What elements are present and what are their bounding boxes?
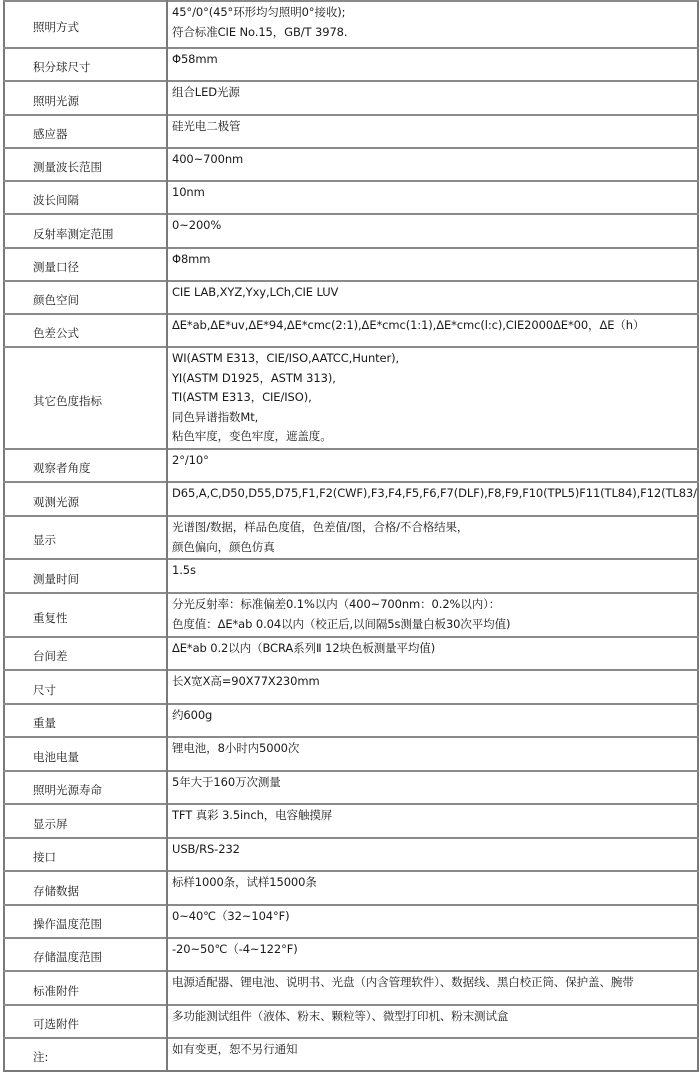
- spec-row: 积分球尺寸 Φ58mm: [4, 48, 698, 81]
- spec-label: 测量时间: [4, 559, 167, 593]
- spec-value-line: 10nm: [172, 183, 697, 202]
- spec-row: 电池电量 锂电池，8小时内5000次: [4, 737, 698, 771]
- spec-value: 如有变更，恕不另行通知: [167, 1038, 698, 1071]
- spec-row: 尺寸 长X宽X高=90X77X230mm: [4, 670, 698, 704]
- spec-label: 照明方式: [4, 1, 167, 48]
- spec-value: ΔE*ab 0.2以内（BCRA系列Ⅱ 12块色板测量平均值): [167, 637, 698, 670]
- spec-label: 电池电量: [4, 737, 167, 771]
- spec-value-line: 锂电池，8小时内5000次: [172, 739, 697, 758]
- spec-value-line: 分光反射率：标准偏差0.1%以内（400~700nm：0.2%以内）：: [172, 595, 697, 615]
- spec-value-line: 5年大于160万次测量: [172, 773, 697, 792]
- spec-label: 照明光源寿命: [4, 771, 167, 804]
- spec-label: 观察者角度: [4, 449, 167, 482]
- spec-value-line: WI(ASTM E313，CIE/ISO,AATCC,Hunter),: [172, 349, 697, 369]
- spec-value: Φ8mm: [167, 248, 698, 281]
- spec-value-line: USB/RS-232: [172, 840, 697, 859]
- spec-label: 重复性: [4, 593, 167, 637]
- spec-value-line: 粘色牢度，变色牢度，遮盖度。: [172, 427, 697, 447]
- spec-label: 重量: [4, 704, 167, 737]
- spec-value: 0~40℃（32~104°F): [167, 905, 698, 938]
- spec-value-line: Φ58mm: [172, 50, 697, 69]
- spec-label: 注:: [4, 1038, 167, 1071]
- spec-row: 显示屏 TFT 真彩 3.5inch，电容触摸屏: [4, 804, 698, 838]
- spec-value-line: 同色异谱指数Mt,: [172, 408, 697, 428]
- spec-value: -20~50℃（-4~122°F): [167, 938, 698, 971]
- spec-value-line: ΔE*ab 0.2以内（BCRA系列Ⅱ 12块色板测量平均值): [172, 639, 697, 658]
- spec-value-line: 如有变更，恕不另行通知: [172, 1040, 697, 1059]
- spec-label: 显示: [4, 516, 167, 559]
- spec-row: 可选附件 多功能测试组件（液体、粉末、颗粒等）、微型打印机、粉末测试盒: [4, 1005, 698, 1038]
- spec-value-line: 0~200%: [172, 216, 697, 235]
- spec-value: WI(ASTM E313，CIE/ISO,AATCC,Hunter),YI(AS…: [167, 347, 698, 449]
- spec-value: TFT 真彩 3.5inch，电容触摸屏: [167, 804, 698, 838]
- spec-row: 操作温度范围 0~40℃（32~104°F): [4, 905, 698, 938]
- spec-value: 长X宽X高=90X77X230mm: [167, 670, 698, 704]
- spec-label: 显示屏: [4, 804, 167, 838]
- spec-label: 可选附件: [4, 1005, 167, 1038]
- spec-value-line: 符合标准CIE No.15，GB/T 3978.: [172, 23, 697, 43]
- spec-label: 反射率测定范围: [4, 214, 167, 248]
- spec-row: 台间差 ΔE*ab 0.2以内（BCRA系列Ⅱ 12块色板测量平均值): [4, 637, 698, 670]
- spec-value: 多功能测试组件（液体、粉末、颗粒等）、微型打印机、粉末测试盒: [167, 1005, 698, 1038]
- spec-value: D65,A,C,D50,D55,D75,F1,F2(CWF),F3,F4,F5,…: [167, 482, 698, 516]
- spec-value: Φ58mm: [167, 48, 698, 81]
- spec-value: 10nm: [167, 181, 698, 214]
- spec-value: USB/RS-232: [167, 838, 698, 871]
- spec-value-line: 多功能测试组件（液体、粉末、颗粒等）、微型打印机、粉末测试盒: [172, 1007, 697, 1026]
- spec-value-line: 电源适配器、锂电池、说明书、光盘（内含管理软件）、数据线、黑白校正筒、保护盖、腕…: [172, 973, 697, 992]
- spec-label: 颜色空间: [4, 281, 167, 314]
- spec-row: 存储数据 标样1000条，试样15000条: [4, 871, 698, 905]
- spec-value-line: 0~40℃（32~104°F): [172, 907, 697, 926]
- spec-value-line: 2°/10°: [172, 451, 697, 470]
- spec-row: 测量时间 1.5s: [4, 559, 698, 593]
- spec-row: 测量口径 Φ8mm: [4, 248, 698, 281]
- spec-label: 感应器: [4, 115, 167, 148]
- spec-label: 操作温度范围: [4, 905, 167, 938]
- spec-value: 组合LED光源: [167, 81, 698, 115]
- spec-value-line: 标样1000条，试样15000条: [172, 873, 697, 892]
- spec-value: 标样1000条，试样15000条: [167, 871, 698, 905]
- spec-value: 约600g: [167, 704, 698, 737]
- spec-row: 波长间隔 10nm: [4, 181, 698, 214]
- spec-row: 显示 光谱图/数据，样品色度值，色差值/图，合格/不合格结果，颜色偏向，颜色仿真: [4, 516, 698, 559]
- spec-label: 标准附件: [4, 971, 167, 1005]
- spec-value-line: ΔE*ab,ΔE*uv,ΔE*94,ΔE*cmc(2:1),ΔE*cmc(1:1…: [172, 316, 697, 335]
- spec-value: 45°/0°(45°环形均匀照明0°接收);符合标准CIE No.15，GB/T…: [167, 1, 698, 48]
- spec-value-line: 约600g: [172, 706, 697, 725]
- spec-row: 观察者角度 2°/10°: [4, 449, 698, 482]
- spec-label: 台间差: [4, 637, 167, 670]
- spec-value-line: 光谱图/数据，样品色度值，色差值/图，合格/不合格结果，: [172, 518, 697, 538]
- spec-row: 重量 约600g: [4, 704, 698, 737]
- spec-value-line: CIE LAB,XYZ,Yxy,LCh,CIE LUV: [172, 283, 697, 302]
- spec-value-line: Φ8mm: [172, 250, 697, 269]
- spec-value: 5年大于160万次测量: [167, 771, 698, 804]
- spec-value-line: YI(ASTM D1925，ASTM 313),: [172, 369, 697, 389]
- spec-row: 颜色空间 CIE LAB,XYZ,Yxy,LCh,CIE LUV: [4, 281, 698, 314]
- spec-label: 尺寸: [4, 670, 167, 704]
- specification-table: 照明方式 45°/0°(45°环形均匀照明0°接收);符合标准CIE No.15…: [3, 0, 699, 1072]
- spec-value: 0~200%: [167, 214, 698, 248]
- spec-value: 1.5s: [167, 559, 698, 593]
- spec-row: 其它色度指标 WI(ASTM E313，CIE/ISO,AATCC,Hunter…: [4, 347, 698, 449]
- spec-label: 存储温度范围: [4, 938, 167, 971]
- spec-row: 测量波长范围 400~700nm: [4, 148, 698, 181]
- spec-row: 感应器 硅光电二极管: [4, 115, 698, 148]
- spec-value-line: 色度值：ΔE*ab 0.04以内（校正后,以间隔5s测量白板30次平均值): [172, 615, 697, 635]
- spec-value-line: 400~700nm: [172, 150, 697, 169]
- spec-value: 硅光电二极管: [167, 115, 698, 148]
- spec-value: 分光反射率：标准偏差0.1%以内（400~700nm：0.2%以内）：色度值：Δ…: [167, 593, 698, 637]
- spec-row: 标准附件 电源适配器、锂电池、说明书、光盘（内含管理软件）、数据线、黑白校正筒、…: [4, 971, 698, 1005]
- spec-value-line: 长X宽X高=90X77X230mm: [172, 672, 697, 691]
- spec-label: 波长间隔: [4, 181, 167, 214]
- spec-value-line: TI(ASTM E313，CIE/ISO),: [172, 388, 697, 408]
- spec-label: 测量口径: [4, 248, 167, 281]
- spec-value: 400~700nm: [167, 148, 698, 181]
- spec-label: 观测光源: [4, 482, 167, 516]
- spec-value-line: D65,A,C,D50,D55,D75,F1,F2(CWF),F3,F4,F5,…: [172, 484, 697, 503]
- spec-value-line: 硅光电二极管: [172, 117, 697, 136]
- spec-value: 电源适配器、锂电池、说明书、光盘（内含管理软件）、数据线、黑白校正筒、保护盖、腕…: [167, 971, 698, 1005]
- spec-value-line: 颜色偏向，颜色仿真: [172, 538, 697, 558]
- spec-label: 照明光源: [4, 81, 167, 115]
- spec-label: 测量波长范围: [4, 148, 167, 181]
- spec-row: 照明光源寿命 5年大于160万次测量: [4, 771, 698, 804]
- spec-value-line: 组合LED光源: [172, 83, 697, 102]
- spec-row: 接口 USB/RS-232: [4, 838, 698, 871]
- spec-row: 重复性 分光反射率：标准偏差0.1%以内（400~700nm：0.2%以内）：色…: [4, 593, 698, 637]
- spec-value: CIE LAB,XYZ,Yxy,LCh,CIE LUV: [167, 281, 698, 314]
- spec-label: 色差公式: [4, 314, 167, 347]
- spec-value-line: 45°/0°(45°环形均匀照明0°接收);: [172, 3, 697, 23]
- spec-row: 反射率测定范围 0~200%: [4, 214, 698, 248]
- spec-value: 2°/10°: [167, 449, 698, 482]
- spec-row: 注: 如有变更，恕不另行通知: [4, 1038, 698, 1071]
- spec-label: 其它色度指标: [4, 347, 167, 449]
- spec-label: 积分球尺寸: [4, 48, 167, 81]
- spec-value-line: 1.5s: [172, 561, 697, 580]
- spec-label: 接口: [4, 838, 167, 871]
- spec-label: 存储数据: [4, 871, 167, 905]
- specification-table-body: 照明方式 45°/0°(45°环形均匀照明0°接收);符合标准CIE No.15…: [4, 1, 698, 1071]
- spec-row: 色差公式 ΔE*ab,ΔE*uv,ΔE*94,ΔE*cmc(2:1),ΔE*cm…: [4, 314, 698, 347]
- spec-row: 照明光源 组合LED光源: [4, 81, 698, 115]
- spec-row: 存储温度范围 -20~50℃（-4~122°F): [4, 938, 698, 971]
- spec-value: ΔE*ab,ΔE*uv,ΔE*94,ΔE*cmc(2:1),ΔE*cmc(1:1…: [167, 314, 698, 347]
- spec-value-line: -20~50℃（-4~122°F): [172, 940, 697, 959]
- spec-row: 照明方式 45°/0°(45°环形均匀照明0°接收);符合标准CIE No.15…: [4, 1, 698, 48]
- spec-value-line: TFT 真彩 3.5inch，电容触摸屏: [172, 806, 697, 825]
- spec-value: 锂电池，8小时内5000次: [167, 737, 698, 771]
- spec-value: 光谱图/数据，样品色度值，色差值/图，合格/不合格结果，颜色偏向，颜色仿真: [167, 516, 698, 559]
- spec-row: 观测光源 D65,A,C,D50,D55,D75,F1,F2(CWF),F3,F…: [4, 482, 698, 516]
